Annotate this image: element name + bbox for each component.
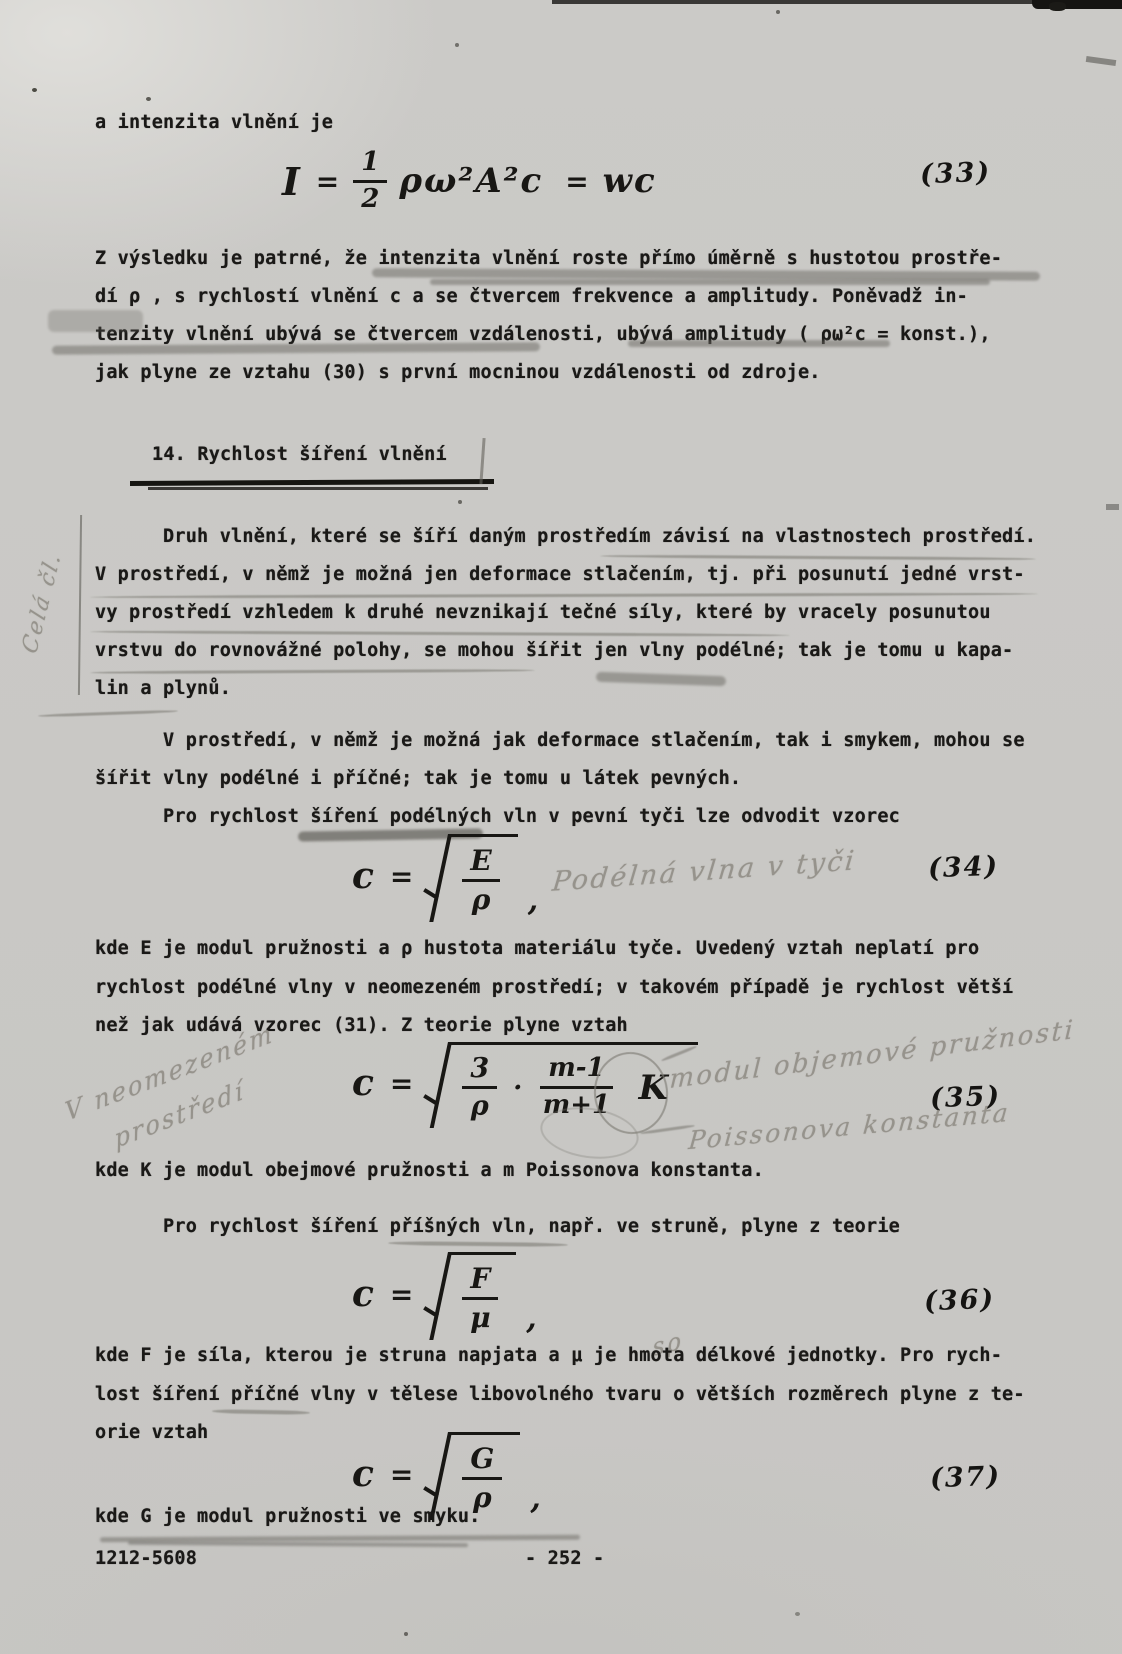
radical: E ρ: [427, 834, 517, 918]
typed-line: lin a plynů.: [95, 678, 1036, 716]
typed-line: šířit vlny podélné i příčné; tak je tomu…: [95, 768, 1025, 806]
scan-artifact-top-right-corner: [1032, 0, 1122, 9]
formula-33-rhs: wc: [603, 161, 657, 201]
radical-sign: [427, 1042, 451, 1124]
equation-number-36: (36): [923, 1284, 995, 1317]
scan-artifact-blob: [1049, 2, 1066, 11]
pencil-scribble: [48, 310, 143, 332]
scan-speck: [795, 1612, 800, 1616]
paragraph-transverse-string: Pro rychlost šíření příšných vln, např. …: [95, 1216, 900, 1254]
formula-comma: ,: [530, 1481, 540, 1516]
formula-36: c = F μ ,: [352, 1252, 537, 1336]
typed-line: orie vztah: [95, 1422, 1025, 1460]
typed-line: dí ρ , s rychlostí vlnění c a se čtverce…: [95, 286, 1002, 324]
formula-33-body: ρω²A²c: [399, 161, 543, 201]
footer-page-number: - 252 -: [525, 1548, 604, 1569]
formula-34-lhs: c: [352, 855, 376, 897]
fraction-numerator: F: [462, 1263, 498, 1300]
equals-sign: =: [316, 165, 339, 198]
handwritten-note-poisson: Poissonova konstanta: [687, 1098, 1011, 1155]
scan-speck: [458, 500, 462, 504]
scan-speck: [404, 1632, 408, 1636]
formula-37-lhs: c: [352, 1453, 376, 1495]
pencil-scribble: [628, 340, 890, 347]
fraction-denominator: ρ: [471, 1089, 489, 1122]
formula-36-lhs: c: [352, 1273, 376, 1315]
fraction-numerator: G: [462, 1443, 502, 1480]
fraction-numerator: 3: [462, 1053, 497, 1089]
typed-line: kde F je síla, kterou je struna napjata …: [95, 1345, 1025, 1384]
paragraph-modulus-k: kde K je modul obejmové pružnosti a m Po…: [95, 1160, 764, 1198]
typed-line: lost šíření příčné vlny v tělese libovol…: [95, 1384, 1025, 1423]
radical-sign: [427, 834, 451, 918]
pencil-tick: [479, 438, 485, 484]
handwritten-note-longitudinal: Podélná vlna v tyči: [551, 845, 858, 898]
formula-37: c = G ρ ,: [352, 1432, 541, 1516]
margin-pencil-line: [78, 515, 82, 695]
formula-34: c = E ρ ,: [352, 834, 538, 918]
formula-comma: ,: [526, 1301, 536, 1336]
scan-speck: [455, 43, 459, 47]
footer-document-number: 1212-5608: [95, 1548, 197, 1569]
typed-line: Pro rychlost šíření příšných vln, např. …: [95, 1216, 900, 1254]
scan-speck: [32, 88, 37, 92]
typed-line: V prostředí, v němž je možná jak deforma…: [95, 730, 1025, 768]
formula-33-fraction: 1 2: [353, 148, 387, 215]
equals-sign: =: [390, 1067, 413, 1100]
radical: G ρ: [427, 1432, 520, 1516]
equals-sign: =: [390, 860, 413, 893]
equation-number-33: (33): [919, 157, 991, 190]
formula-37-fraction: G ρ: [462, 1443, 502, 1514]
multiplication-dot: ·: [513, 1073, 524, 1103]
radical-sign: [427, 1252, 451, 1336]
typed-line: jak plyne ze vztahu (30) s první mocnino…: [95, 362, 1002, 400]
paragraph-solid-media: V prostředí, v němž je možná jak deforma…: [95, 730, 1025, 806]
formula-33: I = 1 2 ρω²A²c = wc: [282, 148, 657, 215]
pencil-scribble: [430, 279, 990, 285]
fraction-denominator: 2: [361, 183, 379, 215]
scan-artifact-right-edge: [1106, 504, 1119, 510]
equals-sign: =: [565, 165, 588, 198]
paragraph-string-force: kde F je síla, kterou je struna napjata …: [95, 1345, 1025, 1460]
formula-34-fraction: E ρ: [462, 845, 499, 916]
scan-speck: [146, 97, 151, 101]
radical: F μ: [427, 1252, 516, 1336]
formula-33-lhs: I: [282, 159, 302, 204]
fraction-numerator: 1: [353, 148, 387, 183]
formula-35-lhs: c: [352, 1062, 376, 1104]
intro-line: a intenzita vlnění je: [95, 112, 333, 133]
scan-artifact-right-edge: [1086, 56, 1117, 66]
heading-underline: [148, 487, 488, 490]
radical-sign: [427, 1432, 451, 1516]
typed-line: kde K je modul obejmové pružnosti a m Po…: [95, 1160, 764, 1198]
equals-sign: =: [390, 1458, 413, 1491]
margin-handwritten-note: Celá čl.: [18, 548, 66, 658]
equation-number-37: (37): [929, 1461, 1001, 1494]
scan-speck: [776, 10, 780, 14]
typed-line: rychlost podélné vlny v neomezeném prost…: [95, 977, 1013, 1016]
formula-comma: ,: [528, 883, 538, 918]
section-heading: 14. Rychlost šíření vlnění: [152, 444, 447, 465]
scanned-document-page: a intenzita vlnění je I = 1 2 ρω²A²c = w…: [0, 0, 1122, 1654]
typed-line: kde E je modul pružnosti a ρ hustota mat…: [95, 938, 1013, 977]
paragraph-medium-types: Druh vlnění, které se šíří daným prostře…: [95, 526, 1036, 716]
equation-number-34: (34): [927, 851, 999, 884]
formula-36-fraction: F μ: [462, 1263, 498, 1334]
fraction-denominator: ρ: [472, 882, 491, 916]
equals-sign: =: [390, 1278, 413, 1311]
fraction-denominator: μ: [470, 1300, 491, 1334]
fraction-numerator: E: [462, 845, 499, 882]
heading-underline: [130, 479, 494, 485]
formula-35-fraction-1: 3 ρ: [462, 1053, 497, 1122]
